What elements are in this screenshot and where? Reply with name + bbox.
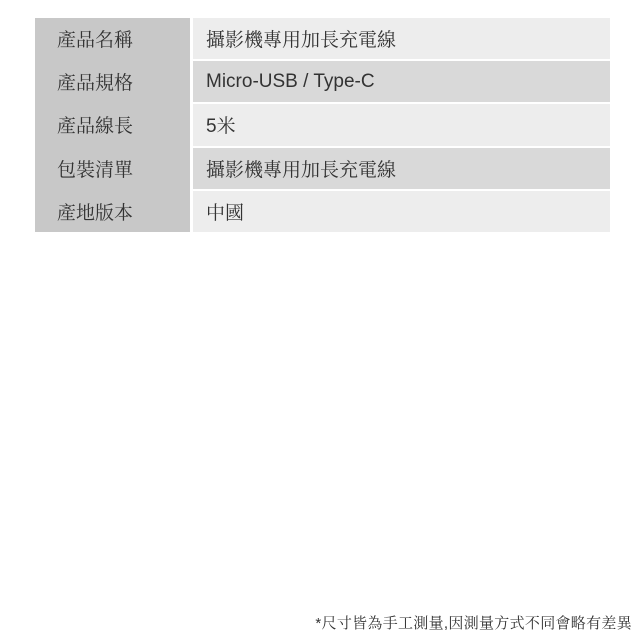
spec-value-cable-length: 5米: [193, 104, 610, 145]
spec-label-package-list: 包裝清單: [35, 148, 190, 189]
spec-table: 產品名稱 攝影機專用加長充電線 產品規格 Micro-USB / Type-C …: [35, 18, 610, 232]
spec-value-package-list: 攝影機專用加長充電線: [193, 148, 610, 189]
spec-label-origin-version: 產地版本: [35, 191, 190, 232]
measurement-disclaimer: *尺寸皆為手工測量,因測量方式不同會略有差異: [315, 612, 632, 633]
spec-table-grid: 產品名稱 攝影機專用加長充電線 產品規格 Micro-USB / Type-C …: [35, 18, 610, 232]
spec-label-product-spec: 產品規格: [35, 61, 190, 102]
spec-value-origin-version: 中國: [193, 191, 610, 232]
spec-value-product-spec: Micro-USB / Type-C: [193, 61, 610, 102]
spec-value-product-name: 攝影機專用加長充電線: [193, 18, 610, 59]
product-spec-page: 產品名稱 攝影機專用加長充電線 產品規格 Micro-USB / Type-C …: [0, 0, 640, 640]
spec-label-product-name: 產品名稱: [35, 18, 190, 59]
spec-label-cable-length: 產品線長: [35, 104, 190, 145]
